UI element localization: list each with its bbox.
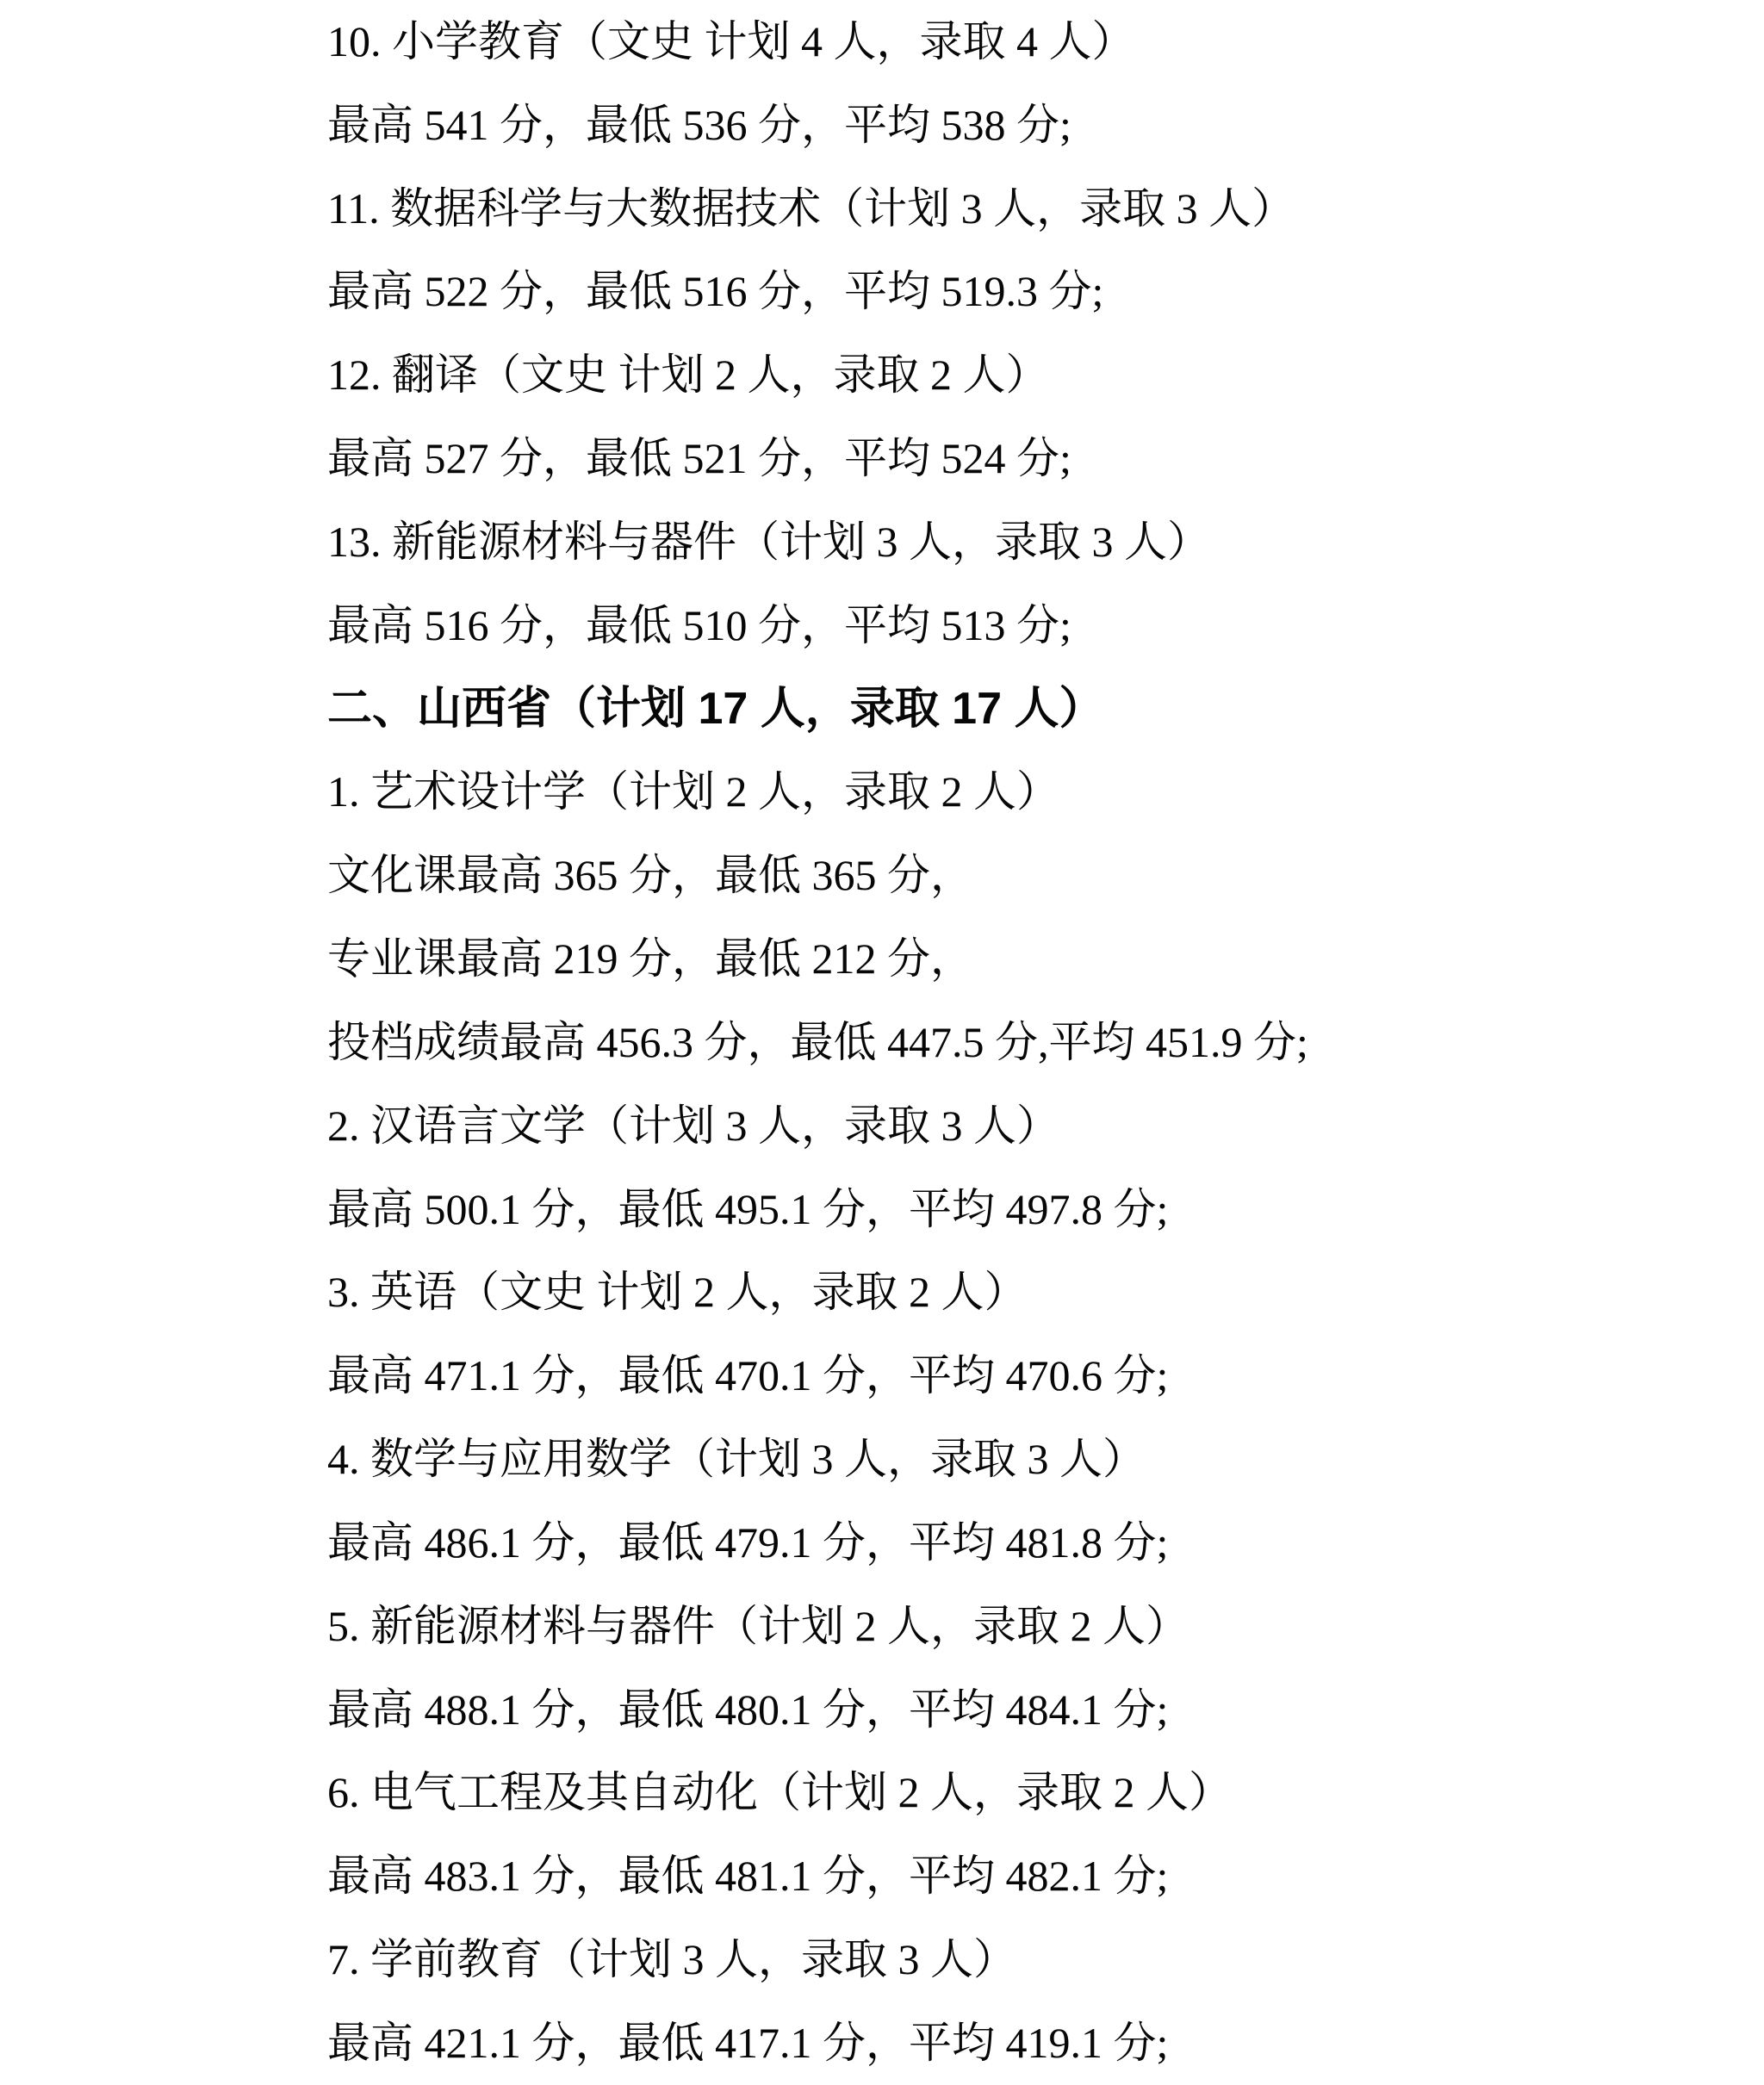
major-item-line: 6. 电气工程及其自动化（计划 2 人，录取 2 人）	[327, 1751, 1730, 1834]
score-line: 投档成绩最高 456.3 分，最低 447.5 分,平均 451.9 分;	[327, 1001, 1730, 1084]
major-item-line: 1. 艺术设计学（计划 2 人，录取 2 人）	[327, 750, 1730, 834]
score-line: 最高 421.1 分，最低 417.1 分，平均 419.1 分;	[327, 2001, 1730, 2085]
major-item-line: 2. 汉语言文学（计划 3 人，录取 3 人）	[327, 1084, 1730, 1168]
score-line: 最高 488.1 分，最低 480.1 分，平均 484.1 分;	[327, 1668, 1730, 1752]
score-line: 最高 522 分，最低 516 分，平均 519.3 分;	[327, 250, 1730, 333]
major-item-line: 5. 新能源材料与器件（计划 2 人，录取 2 人）	[327, 1585, 1730, 1668]
major-item-line: 10. 小学教育（文史 计划 4 人，录取 4 人）	[327, 0, 1730, 84]
score-line: 最高 541 分，最低 536 分，平均 538 分;	[327, 84, 1730, 167]
major-item-line: 3. 英语（文史 计划 2 人，录取 2 人）	[327, 1250, 1730, 1334]
major-item-line: 12. 翻译（文史 计划 2 人，录取 2 人）	[327, 333, 1730, 417]
score-line: 最高 516 分，最低 510 分，平均 513 分;	[327, 584, 1730, 667]
score-line: 最高 486.1 分，最低 479.1 分，平均 481.8 分;	[327, 1501, 1730, 1585]
section-heading: 二、山西省（计划 17 人，录取 17 人）	[327, 667, 1730, 751]
score-line: 最高 471.1 分，最低 470.1 分，平均 470.6 分;	[327, 1334, 1730, 1418]
score-line: 文化课最高 365 分，最低 365 分，	[327, 834, 1730, 917]
document-page: 10. 小学教育（文史 计划 4 人，录取 4 人）最高 541 分，最低 53…	[0, 0, 1764, 2085]
score-line: 最高 500.1 分，最低 495.1 分，平均 497.8 分;	[327, 1168, 1730, 1251]
score-line: 专业课最高 219 分，最低 212 分，	[327, 917, 1730, 1001]
major-item-line: 11. 数据科学与大数据技术（计划 3 人，录取 3 人）	[327, 167, 1730, 251]
score-line: 最高 483.1 分，最低 481.1 分，平均 482.1 分;	[327, 1834, 1730, 1918]
score-line: 最高 527 分，最低 521 分，平均 524 分;	[327, 417, 1730, 500]
major-item-line: 4. 数学与应用数学（计划 3 人，录取 3 人）	[327, 1418, 1730, 1501]
major-item-line: 13. 新能源材料与器件（计划 3 人，录取 3 人）	[327, 500, 1730, 584]
major-item-line: 7. 学前教育（计划 3 人，录取 3 人）	[327, 1918, 1730, 2001]
